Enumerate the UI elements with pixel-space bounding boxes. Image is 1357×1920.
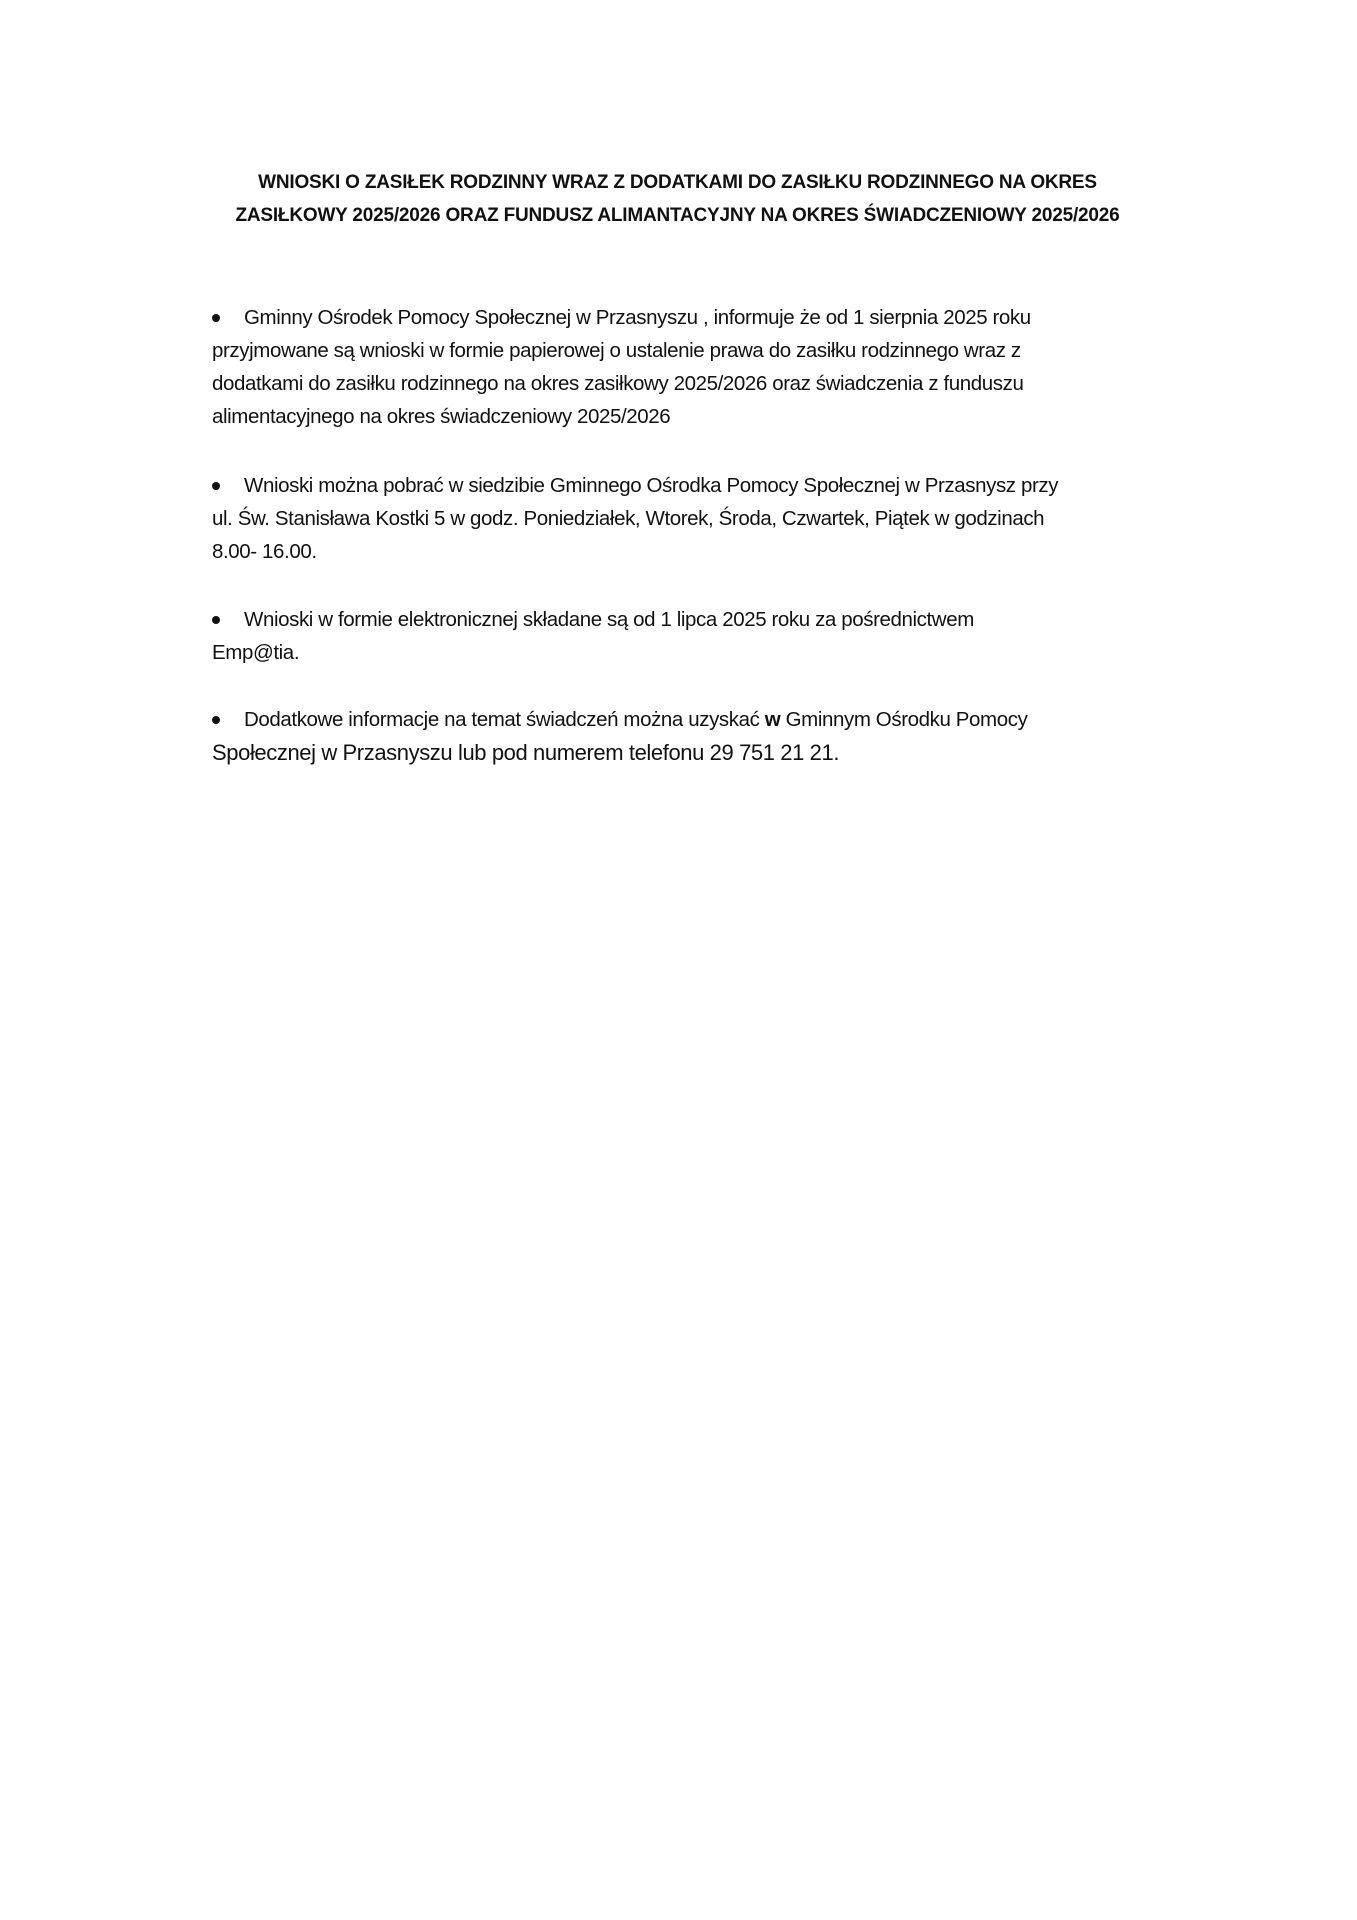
bullet-icon — [212, 716, 220, 724]
list-item: Dodatkowe informacje na temat świadczeń … — [212, 703, 1202, 769]
list-item: Wnioski można pobrać w siedzibie Gminneg… — [212, 469, 1202, 568]
list-item-line: Społecznej w Przasnyszu lub pod numerem … — [212, 736, 1202, 769]
bullet-icon — [212, 314, 220, 322]
list-item-line: Wnioski można pobrać w siedzibie Gminneg… — [212, 469, 1202, 502]
list-item-line: Wnioski w formie elektronicznej składane… — [212, 603, 1202, 636]
bullet-icon — [212, 616, 220, 624]
list-item-line: ul. Św. Stanisława Kostki 5 w godz. Poni… — [212, 502, 1202, 535]
list-item-line: Dodatkowe informacje na temat świadczeń … — [212, 703, 1202, 736]
list-item-line: Emp@tia. — [212, 636, 1202, 669]
title-line-1: WNIOSKI O ZASIŁEK RODZINNY WRAZ Z DODATK… — [150, 166, 1205, 199]
list-item-line: 8.00- 16.00. — [212, 535, 1202, 568]
list-item-line: alimentacyjnego na okres świadczeniowy 2… — [212, 400, 1202, 433]
list-item-line: dodatkami do zasiłku rodzinnego na okres… — [212, 367, 1202, 400]
document-page: WNIOSKI O ZASIŁEK RODZINNY WRAZ Z DODATK… — [0, 0, 1357, 1920]
list-item: Wnioski w formie elektronicznej składane… — [212, 603, 1202, 669]
bullet-icon — [212, 482, 220, 490]
document-title: WNIOSKI O ZASIŁEK RODZINNY WRAZ Z DODATK… — [150, 166, 1205, 232]
list-item: Gminny Ośrodek Pomocy Społecznej w Przas… — [212, 301, 1202, 433]
title-line-2: ZASIŁKOWY 2025/2026 ORAZ FUNDUSZ ALIMANT… — [150, 199, 1205, 232]
list-item-line: Gminny Ośrodek Pomocy Społecznej w Przas… — [212, 301, 1202, 334]
list-item-line: przyjmowane są wnioski w formie papierow… — [212, 334, 1202, 367]
